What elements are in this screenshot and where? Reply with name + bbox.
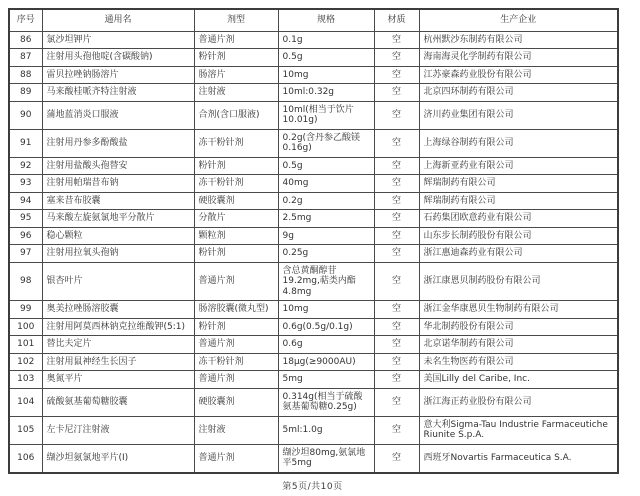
- serial-number-cell: 97: [9, 245, 42, 263]
- table-row: 98 银杏叶片 普通片剂 含总黄酮醇苷19.2mg,萜类内酯4.8mg 空 浙江…: [9, 262, 618, 301]
- table-body: 86 氯沙坦钾片 普通片剂 0.1g 空 杭州默沙东制药有限公司 87 注射用头…: [9, 31, 618, 473]
- table-row: 88 雷贝拉唑钠肠溶片 肠溶片 10mg 空 江苏豪森药业股份有限公司: [9, 66, 618, 84]
- manufacturer-cell: 北京四环制药有限公司: [419, 84, 618, 102]
- material-cell: 空: [374, 262, 419, 301]
- material-cell: 空: [374, 157, 419, 175]
- table-row: 100 注射用阿莫西林钠克拉维酸钾(5:1) 粉针剂 0.6g(0.5g/0.1…: [9, 318, 618, 336]
- material-cell: 空: [374, 210, 419, 228]
- header-cell-serial-number: 序号: [9, 9, 42, 31]
- generic-name-cell: 注射用阿莫西林钠克拉维酸钾(5:1): [42, 318, 194, 336]
- table-row: 89 马来酸桂哌齐特注射液 注射液 10ml:0.32g 空 北京四环制药有限公…: [9, 84, 618, 102]
- specification-cell: 40mg: [278, 175, 374, 193]
- specification-cell: 2.5mg: [278, 210, 374, 228]
- table-row: 96 稳心颗粒 颗粒剂 9g 空 山东步长制药股份有限公司: [9, 227, 618, 245]
- serial-number-cell: 86: [9, 31, 42, 49]
- specification-cell: 0.6g(0.5g/0.1g): [278, 318, 374, 336]
- generic-name-cell: 银杏叶片: [42, 262, 194, 301]
- dosage-form-cell: 合剂(含口服液): [194, 101, 278, 129]
- material-cell: 空: [374, 101, 419, 129]
- material-cell: 空: [374, 416, 419, 444]
- specification-cell: 0.25g: [278, 245, 374, 263]
- manufacturer-cell: 海南海灵化学制药有限公司: [419, 49, 618, 67]
- dosage-form-cell: 普通片剂: [194, 336, 278, 354]
- dosage-form-cell: 普通片剂: [194, 31, 278, 49]
- material-cell: 空: [374, 192, 419, 210]
- generic-name-cell: 注射用拉氧头孢钠: [42, 245, 194, 263]
- manufacturer-cell: 美国Lilly del Caribe, Inc.: [419, 371, 618, 389]
- specification-cell: 10mg: [278, 66, 374, 84]
- table-row: 93 注射用帕瑞昔布钠 冻干粉针剂 40mg 空 辉瑞制药有限公司: [9, 175, 618, 193]
- table-row: 99 奥美拉唑肠溶胶囊 肠溶胶囊(微丸型) 10mg 空 浙江金华康恩贝生物制药…: [9, 301, 618, 319]
- specification-cell: 5mg: [278, 371, 374, 389]
- dosage-form-cell: 注射液: [194, 84, 278, 102]
- serial-number-cell: 103: [9, 371, 42, 389]
- header-cell-dosage-form: 剂型: [194, 9, 278, 31]
- material-cell: 空: [374, 301, 419, 319]
- header-cell-manufacturer: 生产企业: [419, 9, 618, 31]
- material-cell: 空: [374, 31, 419, 49]
- manufacturer-cell: 江苏豪森药业股份有限公司: [419, 66, 618, 84]
- generic-name-cell: 注射用盐酸头孢替安: [42, 157, 194, 175]
- serial-number-cell: 98: [9, 262, 42, 301]
- specification-cell: 5ml:1.0g: [278, 416, 374, 444]
- generic-name-cell: 奥美拉唑肠溶胶囊: [42, 301, 194, 319]
- table-row: 94 塞来昔布胶囊 硬胶囊剂 0.2g 空 辉瑞制药有限公司: [9, 192, 618, 210]
- manufacturer-cell: 辉瑞制药有限公司: [419, 175, 618, 193]
- dosage-form-cell: 分散片: [194, 210, 278, 228]
- generic-name-cell: 左卡尼汀注射液: [42, 416, 194, 444]
- table-row: 105 左卡尼汀注射液 注射液 5ml:1.0g 空 意大利Sigma-Tau …: [9, 416, 618, 444]
- serial-number-cell: 92: [9, 157, 42, 175]
- manufacturer-cell: 上海新亚药业有限公司: [419, 157, 618, 175]
- serial-number-cell: 99: [9, 301, 42, 319]
- material-cell: 空: [374, 84, 419, 102]
- specification-cell: 缬沙坦80mg,氨氯地平5mg: [278, 444, 374, 473]
- specification-cell: 含总黄酮醇苷19.2mg,萜类内酯4.8mg: [278, 262, 374, 301]
- generic-name-cell: 缬沙坦氨氯地平片(Ⅰ): [42, 444, 194, 473]
- material-cell: 空: [374, 245, 419, 263]
- table-row: 106 缬沙坦氨氯地平片(Ⅰ) 普通片剂 缬沙坦80mg,氨氯地平5mg 空 西…: [9, 444, 618, 473]
- material-cell: 空: [374, 444, 419, 473]
- specification-cell: 0.1g: [278, 31, 374, 49]
- manufacturer-cell: 华北制药股份有限公司: [419, 318, 618, 336]
- material-cell: 空: [374, 336, 419, 354]
- generic-name-cell: 雷贝拉唑钠肠溶片: [42, 66, 194, 84]
- generic-name-cell: 注射用头孢他啶(含碳酸钠): [42, 49, 194, 67]
- serial-number-cell: 93: [9, 175, 42, 193]
- serial-number-cell: 87: [9, 49, 42, 67]
- table-row: 91 注射用丹参多酚酸盐 冻干粉针剂 0.2g(含丹参乙酸镁0.16g) 空 上…: [9, 129, 618, 157]
- dosage-form-cell: 普通片剂: [194, 444, 278, 473]
- generic-name-cell: 氯沙坦钾片: [42, 31, 194, 49]
- generic-name-cell: 替比夫定片: [42, 336, 194, 354]
- scanned-document-page: 序号 通用名 剂型 规格 材质 生产企业 86 氯沙坦钾片 普通片剂 0.1g …: [8, 8, 617, 496]
- dosage-form-cell: 肠溶片: [194, 66, 278, 84]
- serial-number-cell: 102: [9, 353, 42, 371]
- dosage-form-cell: 普通片剂: [194, 371, 278, 389]
- dosage-form-cell: 注射液: [194, 416, 278, 444]
- dosage-form-cell: 冻干粉针剂: [194, 129, 278, 157]
- generic-name-cell: 马来酸桂哌齐特注射液: [42, 84, 194, 102]
- header-cell-material: 材质: [374, 9, 419, 31]
- material-cell: 空: [374, 66, 419, 84]
- specification-cell: 0.5g: [278, 49, 374, 67]
- header-cell-generic-name: 通用名: [42, 9, 194, 31]
- serial-number-cell: 106: [9, 444, 42, 473]
- material-cell: 空: [374, 388, 419, 416]
- manufacturer-cell: 北京诺华制药有限公司: [419, 336, 618, 354]
- dosage-form-cell: 粉针剂: [194, 157, 278, 175]
- material-cell: 空: [374, 227, 419, 245]
- table-row: 87 注射用头孢他啶(含碳酸钠) 粉针剂 0.5g 空 海南海灵化学制药有限公司: [9, 49, 618, 67]
- manufacturer-cell: 浙江金华康恩贝生物制药有限公司: [419, 301, 618, 319]
- serial-number-cell: 104: [9, 388, 42, 416]
- generic-name-cell: 注射用鼠神经生长因子: [42, 353, 194, 371]
- specification-cell: 0.314g(相当于硫酸氨基葡萄糖0.25g): [278, 388, 374, 416]
- serial-number-cell: 101: [9, 336, 42, 354]
- material-cell: 空: [374, 371, 419, 389]
- table-row: 86 氯沙坦钾片 普通片剂 0.1g 空 杭州默沙东制药有限公司: [9, 31, 618, 49]
- serial-number-cell: 89: [9, 84, 42, 102]
- specification-cell: 18μg(≥9000AU): [278, 353, 374, 371]
- dosage-form-cell: 硬胶囊剂: [194, 388, 278, 416]
- header-cell-specification: 规格: [278, 9, 374, 31]
- generic-name-cell: 稳心颗粒: [42, 227, 194, 245]
- generic-name-cell: 硫酸氨基葡萄糖胶囊: [42, 388, 194, 416]
- material-cell: 空: [374, 175, 419, 193]
- dosage-form-cell: 肠溶胶囊(微丸型): [194, 301, 278, 319]
- dosage-form-cell: 粉针剂: [194, 318, 278, 336]
- manufacturer-cell: 浙江康恩贝制药股份有限公司: [419, 262, 618, 301]
- specification-cell: 0.6g: [278, 336, 374, 354]
- manufacturer-cell: 浙江惠迪森药业有限公司: [419, 245, 618, 263]
- table-row: 101 替比夫定片 普通片剂 0.6g 空 北京诺华制药有限公司: [9, 336, 618, 354]
- specification-cell: 10mg: [278, 301, 374, 319]
- generic-name-cell: 注射用丹参多酚酸盐: [42, 129, 194, 157]
- dosage-form-cell: 冻干粉针剂: [194, 353, 278, 371]
- manufacturer-cell: 未名生物医药有限公司: [419, 353, 618, 371]
- dosage-form-cell: 粉针剂: [194, 245, 278, 263]
- serial-number-cell: 96: [9, 227, 42, 245]
- table-row: 90 蒲地蓝消炎口服液 合剂(含口服液) 10ml(相当于饮片10.01g) 空…: [9, 101, 618, 129]
- material-cell: 空: [374, 318, 419, 336]
- material-cell: 空: [374, 49, 419, 67]
- manufacturer-cell: 西班牙Novartis Farmaceutica S.A.: [419, 444, 618, 473]
- serial-number-cell: 95: [9, 210, 42, 228]
- dosage-form-cell: 粉针剂: [194, 49, 278, 67]
- specification-cell: 9g: [278, 227, 374, 245]
- table-row: 103 奥氮平片 普通片剂 5mg 空 美国Lilly del Caribe, …: [9, 371, 618, 389]
- drug-list-table: 序号 通用名 剂型 规格 材质 生产企业 86 氯沙坦钾片 普通片剂 0.1g …: [8, 8, 619, 474]
- dosage-form-cell: 硬胶囊剂: [194, 192, 278, 210]
- table-header-row: 序号 通用名 剂型 规格 材质 生产企业: [9, 9, 618, 31]
- generic-name-cell: 塞来昔布胶囊: [42, 192, 194, 210]
- manufacturer-cell: 石药集团欧意药业有限公司: [419, 210, 618, 228]
- manufacturer-cell: 浙江海正药业股份有限公司: [419, 388, 618, 416]
- manufacturer-cell: 山东步长制药股份有限公司: [419, 227, 618, 245]
- serial-number-cell: 100: [9, 318, 42, 336]
- specification-cell: 0.2g: [278, 192, 374, 210]
- table-row: 95 马来酸左旋氨氯地平分散片 分散片 2.5mg 空 石药集团欧意药业有限公司: [9, 210, 618, 228]
- serial-number-cell: 90: [9, 101, 42, 129]
- page-indicator: 第5页/共10页: [8, 474, 617, 496]
- generic-name-cell: 马来酸左旋氨氯地平分散片: [42, 210, 194, 228]
- material-cell: 空: [374, 129, 419, 157]
- generic-name-cell: 奥氮平片: [42, 371, 194, 389]
- table-row: 102 注射用鼠神经生长因子 冻干粉针剂 18μg(≥9000AU) 空 未名生…: [9, 353, 618, 371]
- generic-name-cell: 蒲地蓝消炎口服液: [42, 101, 194, 129]
- specification-cell: 10ml(相当于饮片10.01g): [278, 101, 374, 129]
- table-row: 92 注射用盐酸头孢替安 粉针剂 0.5g 空 上海新亚药业有限公司: [9, 157, 618, 175]
- manufacturer-cell: 杭州默沙东制药有限公司: [419, 31, 618, 49]
- material-cell: 空: [374, 353, 419, 371]
- specification-cell: 10ml:0.32g: [278, 84, 374, 102]
- manufacturer-cell: 上海绿谷制药有限公司: [419, 129, 618, 157]
- serial-number-cell: 105: [9, 416, 42, 444]
- manufacturer-cell: 济川药业集团有限公司: [419, 101, 618, 129]
- serial-number-cell: 94: [9, 192, 42, 210]
- specification-cell: 0.2g(含丹参乙酸镁0.16g): [278, 129, 374, 157]
- specification-cell: 0.5g: [278, 157, 374, 175]
- dosage-form-cell: 颗粒剂: [194, 227, 278, 245]
- table-row: 104 硫酸氨基葡萄糖胶囊 硬胶囊剂 0.314g(相当于硫酸氨基葡萄糖0.25…: [9, 388, 618, 416]
- generic-name-cell: 注射用帕瑞昔布钠: [42, 175, 194, 193]
- table-row: 97 注射用拉氧头孢钠 粉针剂 0.25g 空 浙江惠迪森药业有限公司: [9, 245, 618, 263]
- manufacturer-cell: 辉瑞制药有限公司: [419, 192, 618, 210]
- dosage-form-cell: 普通片剂: [194, 262, 278, 301]
- serial-number-cell: 91: [9, 129, 42, 157]
- serial-number-cell: 88: [9, 66, 42, 84]
- manufacturer-cell: 意大利Sigma-Tau Industrie Farmaceutiche Riu…: [419, 416, 618, 444]
- dosage-form-cell: 冻干粉针剂: [194, 175, 278, 193]
